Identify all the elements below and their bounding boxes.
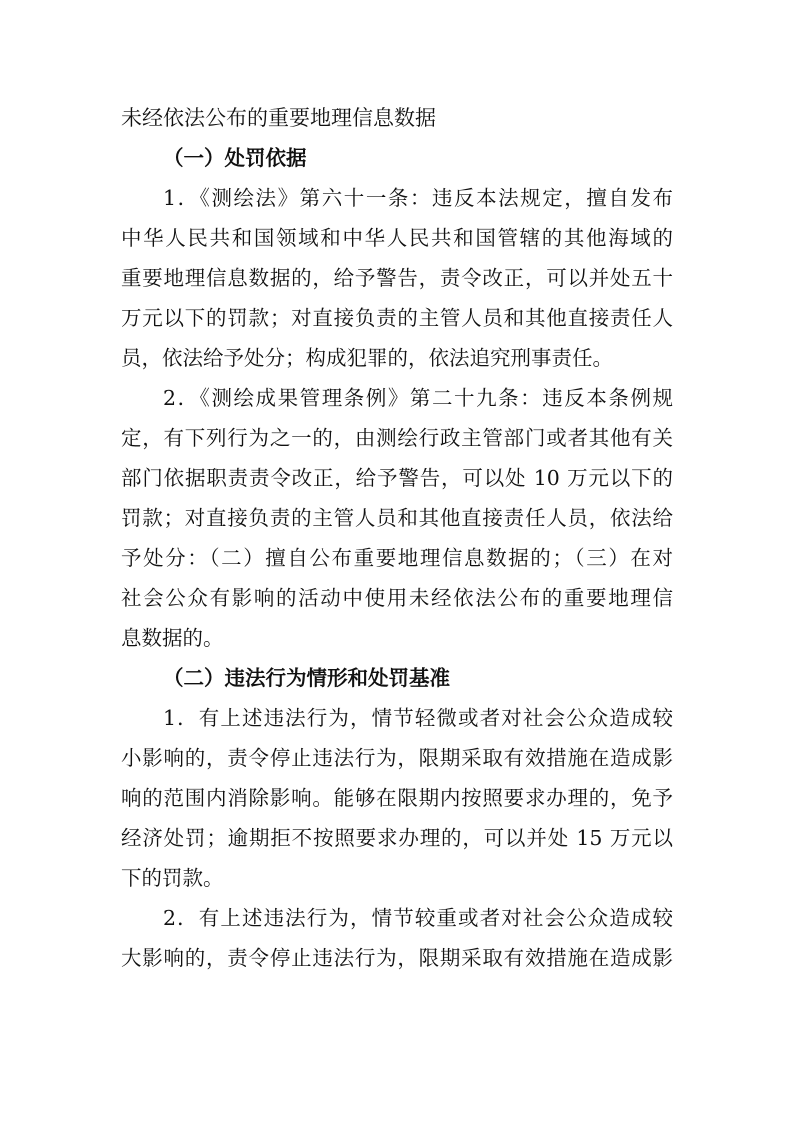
paragraph-line: 2．有上述违法行为，情节较重或者对社会公众造成较 bbox=[121, 898, 673, 938]
paragraph-line: 2．《测绘成果管理条例》第二十九条：违反本条例规 bbox=[121, 378, 673, 418]
paragraph-line: 员，依法给予处分；构成犯罪的，依法追究刑事责任。 bbox=[121, 338, 673, 378]
document-page: 未经依法公布的重要地理信息数据 （一）处罚依据 1．《测绘法》第六十一条：违反本… bbox=[121, 98, 673, 978]
paragraph-minor-violation: 1．有上述违法行为，情节轻微或者对社会公众造成较 小影响的，责令停止违法行为，限… bbox=[121, 698, 673, 898]
paragraph-line: 部门依据职责责令改正，给予警告，可以处 10 万元以下的 bbox=[121, 458, 673, 498]
paragraph-line: 中华人民共和国领域和中华人民共和国管辖的其他海域的 bbox=[121, 218, 673, 258]
paragraph-surveying-law-article-61: 1．《测绘法》第六十一条：违反本法规定，擅自发布 中华人民共和国领域和中华人民共… bbox=[121, 178, 673, 378]
paragraph-line: 罚款；对直接负责的主管人员和其他直接责任人员，依法给 bbox=[121, 498, 673, 538]
paragraph-line: 大影响的，责令停止违法行为，限期采取有效措施在造成影 bbox=[121, 938, 673, 978]
paragraph-line: 息数据的。 bbox=[121, 618, 673, 658]
paragraph-line: 予处分：（二）擅自公布重要地理信息数据的；（三）在对 bbox=[121, 538, 673, 578]
paragraph-line: 下的罚款。 bbox=[121, 858, 673, 898]
paragraph-line: 经济处罚；逾期拒不按照要求办理的，可以并处 15 万元以 bbox=[121, 818, 673, 858]
paragraph-line: 定，有下列行为之一的，由测绘行政主管部门或者其他有关 bbox=[121, 418, 673, 458]
paragraph-line: 响的范围内消除影响。能够在限期内按照要求办理的，免予 bbox=[121, 778, 673, 818]
paragraph-line: 1．有上述违法行为，情节轻微或者对社会公众造成较 bbox=[121, 698, 673, 738]
paragraph-line: 万元以下的罚款；对直接负责的主管人员和其他直接责任人 bbox=[121, 298, 673, 338]
paragraph-serious-violation: 2．有上述违法行为，情节较重或者对社会公众造成较 大影响的，责令停止违法行为，限… bbox=[121, 898, 673, 978]
paragraph-line: 1．《测绘法》第六十一条：违反本法规定，擅自发布 bbox=[121, 178, 673, 218]
paragraph-surveying-results-regulation-article-29: 2．《测绘成果管理条例》第二十九条：违反本条例规 定，有下列行为之一的，由测绘行… bbox=[121, 378, 673, 658]
paragraph-line: 小影响的，责令停止违法行为，限期采取有效措施在造成影 bbox=[121, 738, 673, 778]
document-title: 未经依法公布的重要地理信息数据 bbox=[121, 98, 673, 138]
section-heading-violation-circumstances: （二）违法行为情形和处罚基准 bbox=[121, 658, 673, 698]
section-heading-penalty-basis: （一）处罚依据 bbox=[121, 138, 673, 178]
paragraph-line: 社会公众有影响的活动中使用未经依法公布的重要地理信 bbox=[121, 578, 673, 618]
paragraph-line: 重要地理信息数据的，给予警告，责令改正，可以并处五十 bbox=[121, 258, 673, 298]
